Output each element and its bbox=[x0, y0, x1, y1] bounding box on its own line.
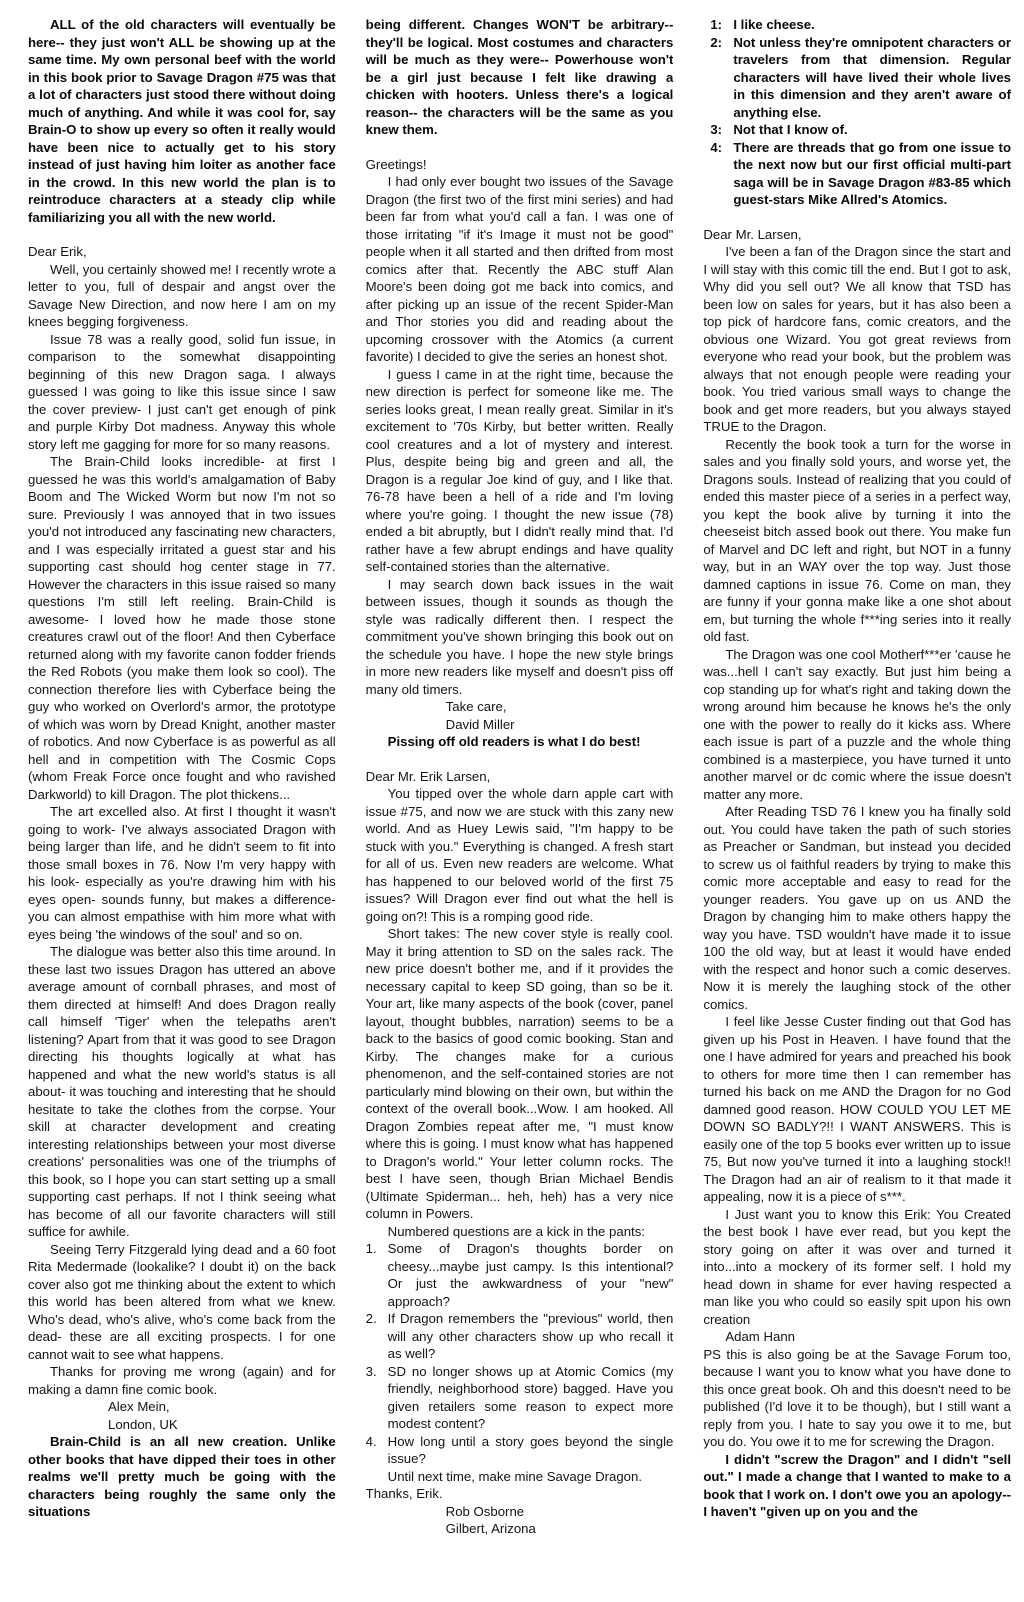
letter-paragraph: I Just want you to know this Erik: You C… bbox=[703, 1206, 1011, 1329]
letter-paragraph: I had only ever bought two issues of the… bbox=[366, 173, 674, 366]
letter-salutation: Greetings! bbox=[366, 156, 674, 174]
answer-item: 3:Not that I know of. bbox=[703, 121, 1011, 139]
numbered-answers-list: 1:I like cheese.2:Not unless they're omn… bbox=[703, 16, 1011, 209]
list-item-text: Not that I know of. bbox=[733, 122, 847, 137]
list-item-marker: 4: bbox=[710, 139, 722, 157]
letter-signature: Take care, bbox=[366, 698, 674, 716]
letter-paragraph: You tipped over the whole darn apple car… bbox=[366, 785, 674, 925]
letter-salutation: Dear Mr. Erik Larsen, bbox=[366, 768, 674, 786]
list-item-marker: 3. bbox=[366, 1363, 377, 1381]
list-item-text: If Dragon remembers the "previous" world… bbox=[388, 1311, 674, 1361]
letter-paragraph: Well, you certainly showed me! I recentl… bbox=[28, 261, 336, 331]
answer-item: 4:There are threads that go from one iss… bbox=[703, 139, 1011, 209]
editor-reply-text: ALL of the old characters will eventuall… bbox=[28, 16, 336, 226]
letter-paragraph: Issue 78 was a really good, solid fun is… bbox=[28, 331, 336, 454]
letter-signature: David Miller bbox=[366, 716, 674, 734]
question-item: 4.How long until a story goes beyond the… bbox=[366, 1433, 674, 1468]
list-item-text: Some of Dragon's thoughts border on chee… bbox=[388, 1241, 674, 1309]
letter-paragraph: Until next time, make mine Savage Dragon… bbox=[366, 1468, 674, 1486]
list-item-text: There are threads that go from one issue… bbox=[733, 140, 1011, 208]
letter-paragraph: Thanks, Erik. bbox=[366, 1485, 674, 1503]
question-item: 3.SD no longer shows up at Atomic Comics… bbox=[366, 1363, 674, 1433]
list-item-marker: 1: bbox=[710, 16, 722, 34]
letter-paragraph: After Reading TSD 76 I knew you ha final… bbox=[703, 803, 1011, 1013]
list-item-text: SD no longer shows up at Atomic Comics (… bbox=[388, 1364, 674, 1432]
letter-paragraph: PS this is also going be at the Savage F… bbox=[703, 1346, 1011, 1451]
letter-signature: Alex Mein, bbox=[28, 1398, 336, 1416]
question-item: 1.Some of Dragon's thoughts border on ch… bbox=[366, 1240, 674, 1310]
editor-reply-text: Pissing off old readers is what I do bes… bbox=[366, 733, 674, 751]
list-item-marker: 2. bbox=[366, 1310, 377, 1328]
letter-paragraph: I may search down back issues in the wai… bbox=[366, 576, 674, 699]
letter-salutation: Dear Erik, bbox=[28, 243, 336, 261]
letter-signature: Adam Hann bbox=[703, 1328, 1011, 1346]
letter-paragraph: I guess I came in at the right time, bec… bbox=[366, 366, 674, 576]
list-item-marker: 4. bbox=[366, 1433, 377, 1451]
letter-paragraph: I feel like Jesse Custer finding out tha… bbox=[703, 1013, 1011, 1206]
editor-reply-text: Brain-Child is an all new creation. Unli… bbox=[28, 1433, 336, 1521]
list-item-text: I like cheese. bbox=[733, 17, 814, 32]
letter-paragraph: The Dragon was one cool Motherf***er 'ca… bbox=[703, 646, 1011, 804]
numbered-questions-list: 1.Some of Dragon's thoughts border on ch… bbox=[366, 1240, 674, 1468]
answer-item: 1:I like cheese. bbox=[703, 16, 1011, 34]
letter-salutation: Dear Mr. Larsen, bbox=[703, 226, 1011, 244]
letter-signature: Gilbert, Arizona bbox=[366, 1520, 674, 1538]
list-item-marker: 2: bbox=[710, 34, 722, 52]
answer-item: 2:Not unless they're omnipotent characte… bbox=[703, 34, 1011, 122]
editor-reply-text: I didn't "screw the Dragon" and I didn't… bbox=[703, 1451, 1011, 1521]
letter-paragraph: The art excelled also. At first I though… bbox=[28, 803, 336, 943]
list-item-marker: 1. bbox=[366, 1240, 377, 1258]
letter-paragraph: Thanks for proving me wrong (again) and … bbox=[28, 1363, 336, 1398]
letter-paragraph: Seeing Terry Fitzgerald lying dead and a… bbox=[28, 1241, 336, 1364]
letter-paragraph: The dialogue was better also this time a… bbox=[28, 943, 336, 1241]
letter-paragraph: The Brain-Child looks incredible- at fir… bbox=[28, 453, 336, 803]
letters-column-3: 1:I like cheese.2:Not unless they're omn… bbox=[703, 16, 1011, 1602]
letter-paragraph: Short takes: The new cover style is real… bbox=[366, 925, 674, 1223]
letter-paragraph: I've been a fan of the Dragon since the … bbox=[703, 243, 1011, 436]
comic-letters-page: ALL of the old characters will eventuall… bbox=[0, 0, 1024, 1602]
list-item-text: How long until a story goes beyond the s… bbox=[388, 1434, 674, 1467]
list-item-text: Not unless they're omnipotent characters… bbox=[733, 35, 1011, 120]
list-item-marker: 3: bbox=[710, 121, 722, 139]
letters-column-2: being different. Changes WON'T be arbitr… bbox=[366, 16, 674, 1602]
editor-reply-text: being different. Changes WON'T be arbitr… bbox=[366, 16, 674, 139]
letter-paragraph: Numbered questions are a kick in the pan… bbox=[366, 1223, 674, 1241]
letter-paragraph: Recently the book took a turn for the wo… bbox=[703, 436, 1011, 646]
letter-signature: London, UK bbox=[28, 1416, 336, 1434]
question-item: 2.If Dragon remembers the "previous" wor… bbox=[366, 1310, 674, 1363]
letter-signature: Rob Osborne bbox=[366, 1503, 674, 1521]
letters-column-1: ALL of the old characters will eventuall… bbox=[28, 16, 336, 1602]
